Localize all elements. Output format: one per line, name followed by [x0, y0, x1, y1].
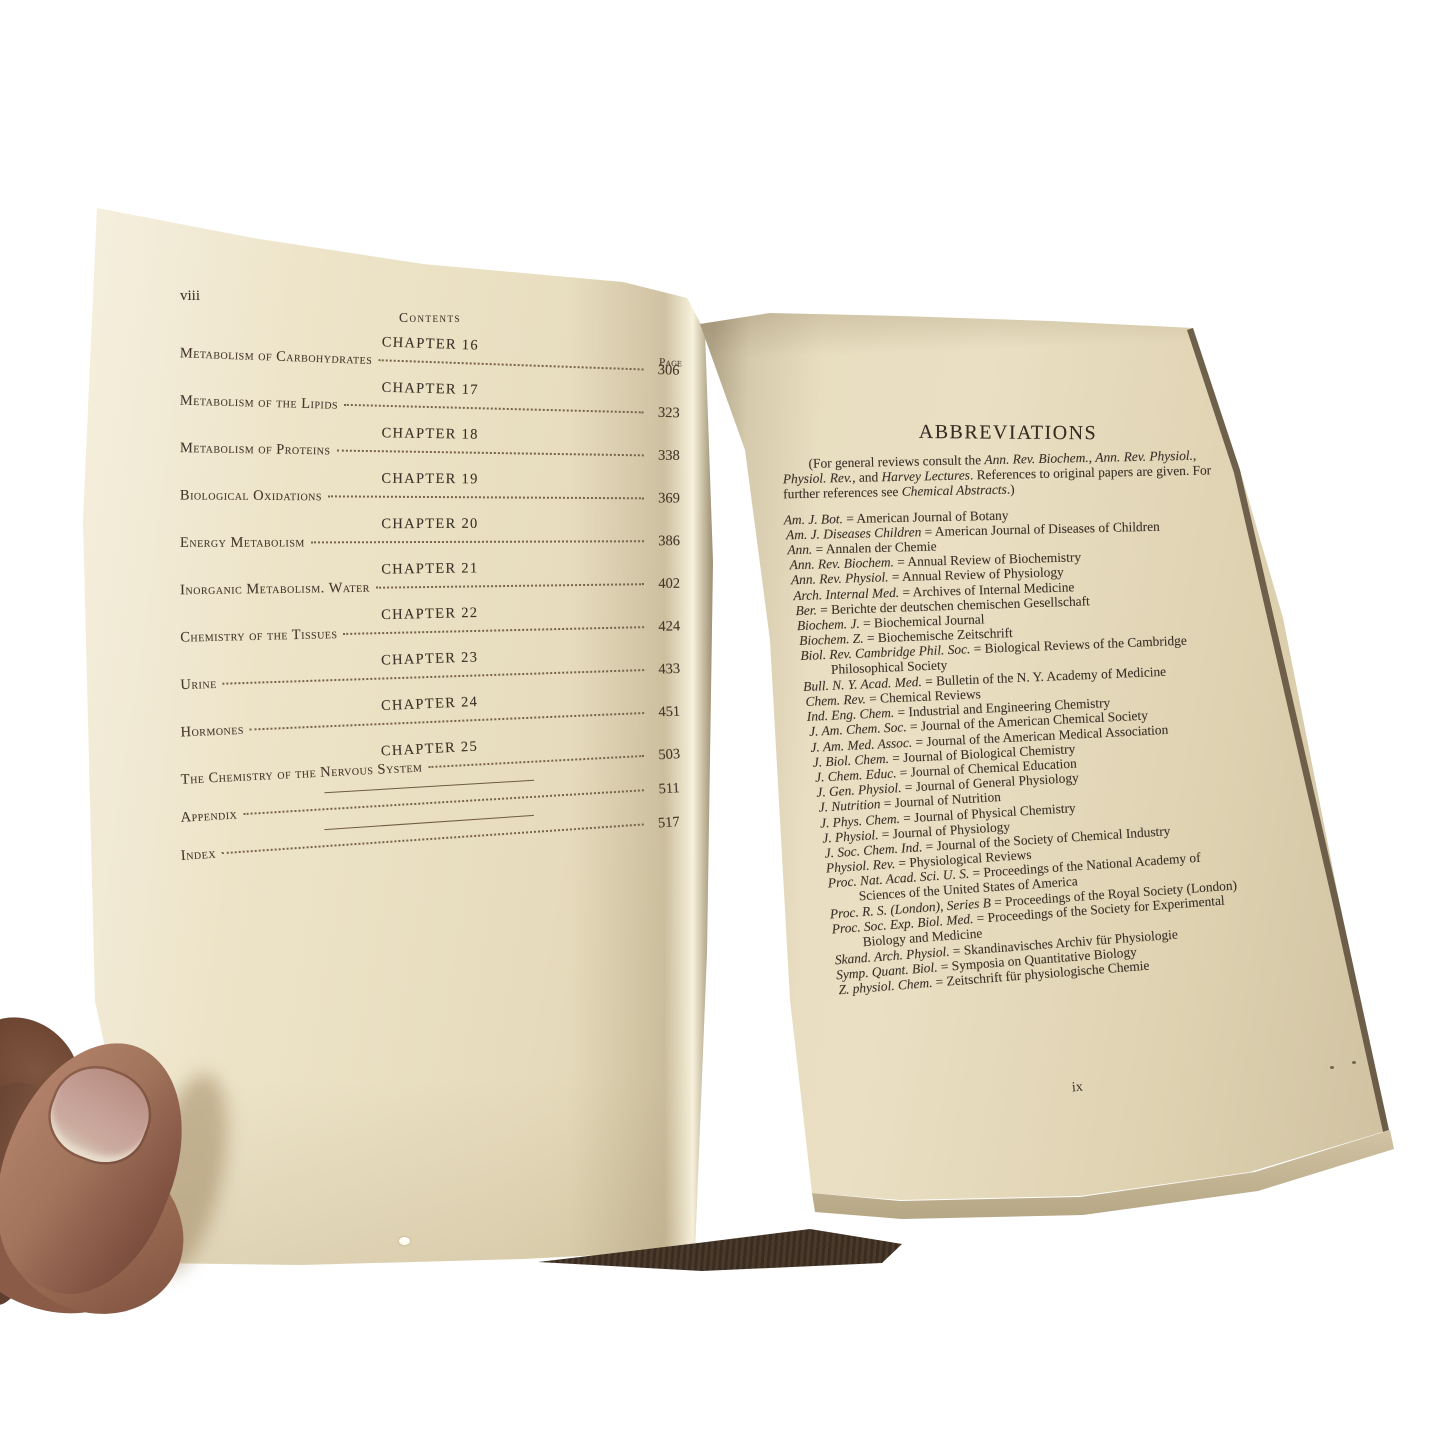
equals-sign: = — [846, 511, 854, 526]
equals-sign: = — [994, 894, 1003, 910]
dotted-leader — [343, 626, 644, 635]
toc-page-number: 503 — [650, 745, 681, 765]
abbreviation: Ann. — [787, 542, 812, 558]
equals-sign: = — [898, 855, 907, 870]
toc-page-number: 511 — [649, 779, 680, 799]
equals-sign: = — [820, 602, 828, 617]
equals-sign: = — [925, 839, 934, 854]
abbreviation: Ber. — [795, 602, 817, 618]
equals-sign: = — [902, 584, 910, 599]
toc-page-number: 323 — [649, 404, 679, 423]
toc-title: Chemistry of the Tissues — [180, 625, 338, 647]
journal-name: Ann. Rev. Physiol. — [1095, 448, 1193, 465]
toc-page-number: 369 — [650, 489, 680, 507]
dotted-leader — [376, 583, 644, 589]
equals-sign: = — [976, 910, 985, 926]
paper-mark — [1330, 1066, 1334, 1069]
right-folio: ix — [1071, 1080, 1083, 1097]
equals-sign: = — [866, 630, 874, 645]
equals-sign: = — [897, 705, 905, 720]
equals-sign: = — [863, 616, 871, 631]
equals-sign: = — [915, 734, 923, 749]
dotted-leader — [337, 450, 644, 457]
abbreviations-heading: ABBREVIATIONS — [782, 420, 1234, 446]
toc-page-number: 306 — [649, 361, 680, 380]
equals-sign: = — [892, 569, 900, 584]
equals-sign: = — [883, 796, 891, 811]
journal-name: Physiol. Rev. — [783, 470, 853, 486]
journal-name: Harvey Lectures — [881, 468, 970, 485]
toc-title: Energy Metabolism — [180, 533, 305, 551]
contents-page-content: viii Contents Page CHAPTER 16Metabolism … — [180, 288, 680, 848]
equals-sign: = — [899, 765, 907, 780]
left-folio: viii — [180, 288, 680, 304]
toc-chapter-group: CHAPTER 21Inorganic Metabolism. Water402 — [180, 558, 680, 600]
toc-chapter-group: CHAPTER 17Metabolism of the Lipids323 — [180, 375, 681, 423]
equals-sign: = — [881, 826, 889, 841]
contents-heading: Contents — [180, 310, 680, 326]
toc-page-number: 517 — [649, 813, 680, 833]
toc-title: Index — [180, 845, 216, 865]
paper-speck — [399, 1237, 410, 1245]
toc-row: Biological Oxidations369 — [180, 486, 680, 507]
dotted-leader — [344, 404, 644, 414]
equals-sign: = — [868, 691, 876, 706]
intro-text: , and — [852, 470, 882, 486]
toc-page-number: 386 — [650, 532, 680, 550]
equals-sign: = — [816, 541, 824, 556]
toc-title: Metabolism of Proteins — [180, 439, 331, 459]
equals-sign: = — [952, 942, 961, 958]
toc-list: CHAPTER 16Metabolism of Carbohydrates306… — [180, 336, 680, 848]
toc-page-number: 338 — [650, 446, 680, 464]
intro-text: .) — [1007, 482, 1015, 497]
dotted-leader — [428, 755, 644, 768]
dotted-leader — [378, 359, 643, 370]
open-book-photo: viii Contents Page CHAPTER 16Metabolism … — [0, 0, 1445, 1445]
equals-sign: = — [925, 673, 933, 688]
equals-sign: = — [940, 958, 949, 974]
intro-text: , — [1193, 448, 1197, 463]
toc-chapter-group: CHAPTER 19Biological Oxidations369 — [180, 469, 680, 507]
dotted-leader — [328, 495, 644, 499]
toc-title: Metabolism of the Lipids — [180, 392, 339, 414]
toc-title: Appendix — [180, 805, 238, 826]
toc-title: Biological Oxidations — [180, 486, 322, 505]
toc-page-number: 424 — [650, 617, 680, 636]
journal-name: Chemical Abstracts — [902, 482, 1007, 499]
toc-page-number: 451 — [650, 703, 681, 722]
toc-chapter-group: CHAPTER 18Metabolism of Proteins338 — [180, 422, 680, 465]
equals-sign: = — [897, 554, 905, 569]
toc-row: Energy Metabolism386 — [180, 532, 680, 552]
abbreviations-page-content: ABBREVIATIONS (For general reviews consu… — [782, 417, 1246, 998]
equals-sign: = — [903, 810, 911, 825]
toc-page-number: 433 — [650, 660, 681, 679]
equals-sign: = — [974, 641, 982, 656]
toc-chapter-group: CHAPTER 22Chemistry of the Tissues424 — [180, 600, 681, 646]
abbreviations-intro: (For general reviews consult the Ann. Re… — [782, 447, 1235, 502]
abbreviation: Am. J. Bot. — [784, 511, 843, 527]
equals-sign: = — [905, 780, 913, 795]
chapter-heading: CHAPTER 20 — [180, 515, 680, 534]
equals-sign: = — [924, 524, 932, 539]
toc-title: Hormones — [180, 721, 244, 742]
equals-sign: = — [892, 750, 900, 765]
toc-title: Urine — [180, 675, 217, 694]
toc-title: Inorganic Metabolism. Water — [180, 579, 370, 599]
dotted-leader — [311, 540, 644, 543]
abbreviations-list: Am. J. Bot. = American Journal of Botany… — [784, 503, 1246, 999]
toc-chapter-group: CHAPTER 20Energy Metabolism386 — [180, 515, 680, 552]
equals-sign: = — [972, 865, 981, 880]
equals-sign: = — [909, 719, 917, 734]
toc-chapter-group: CHAPTER 23Urine433 — [180, 643, 681, 694]
equals-sign: = — [935, 974, 944, 990]
toc-page-number: 402 — [650, 575, 680, 593]
paper-mark — [1352, 1061, 1356, 1064]
toc-chapter-group: CHAPTER 16Metabolism of Carbohydrates306 — [180, 327, 681, 379]
